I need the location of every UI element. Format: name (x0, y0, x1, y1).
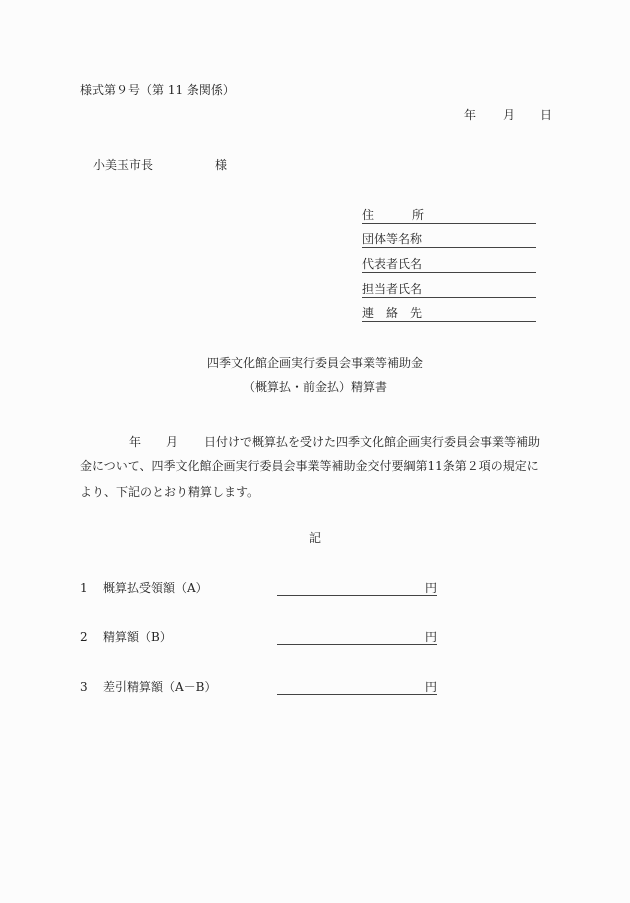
date-day-label: 日 (540, 108, 552, 122)
item-label: 概算払受領額（A） (103, 581, 208, 595)
contact-person-name-label: 担当者氏名 (362, 282, 422, 296)
address-field[interactable]: 住 所 (362, 207, 536, 224)
contact-label-part3: 先 (410, 306, 422, 320)
address-label-part1: 住 (362, 208, 374, 222)
item-number: 2 (80, 630, 88, 644)
contact-person-name-field[interactable]: 担当者氏名 (362, 281, 536, 298)
item-advance-received: 1 概算払受領額（A） 円 (80, 581, 440, 597)
yen-unit: 円 (425, 581, 437, 595)
date-month-label: 月 (503, 108, 515, 122)
organization-name-field[interactable]: 団体等名称 (362, 231, 536, 248)
ki-heading: 記 (0, 531, 630, 545)
item-difference-amount: 3 差引精算額（A－B） 円 (80, 680, 440, 696)
contact-label-part1: 連 (362, 306, 374, 320)
address-label-part2: 所 (412, 208, 424, 222)
date-field[interactable]: 年 月 日 (464, 108, 554, 122)
yen-unit: 円 (425, 680, 437, 694)
representative-name-field[interactable]: 代表者氏名 (362, 256, 536, 273)
contact-info-field[interactable]: 連 絡 先 (362, 305, 536, 322)
contact-label-part2: 絡 (386, 306, 398, 320)
representative-name-label: 代表者氏名 (362, 257, 422, 271)
body-text-line2: 金について、四季文化館企画実行委員会事業等補助金交付要綱第11条第２項の規定に (80, 459, 539, 473)
item-number: 3 (80, 680, 88, 694)
item-label: 精算額（B） (103, 630, 172, 644)
body-text-line1: 日付けで概算払を受けた四季文化館企画実行委員会事業等補助 (204, 433, 540, 450)
body-text-line3: より、下記のとおり精算します。 (80, 485, 259, 499)
yen-unit: 円 (425, 630, 437, 644)
document-title-line2: （概算払・前金払）精算書 (0, 380, 630, 394)
body-year-label: 年 (129, 433, 141, 450)
document-title-line1: 四季文化館企画実行委員会事業等補助金 (0, 356, 630, 370)
settlement-amount-field[interactable]: 円 (277, 630, 437, 645)
item-number: 1 (80, 581, 88, 595)
item-label: 差引精算額（A－B） (103, 680, 217, 694)
body-month-label: 月 (166, 433, 178, 450)
date-year-label: 年 (464, 108, 476, 122)
form-number: 様式第９号（第 11 条関係） (80, 83, 235, 97)
organization-name-label: 団体等名称 (362, 232, 422, 246)
item-settlement-amount: 2 精算額（B） 円 (80, 630, 440, 646)
advance-received-amount-field[interactable]: 円 (277, 581, 437, 596)
addressee-honorific: 様 (215, 158, 227, 172)
addressee-name: 小美玉市長 (93, 158, 153, 172)
difference-amount-field[interactable]: 円 (277, 680, 437, 695)
